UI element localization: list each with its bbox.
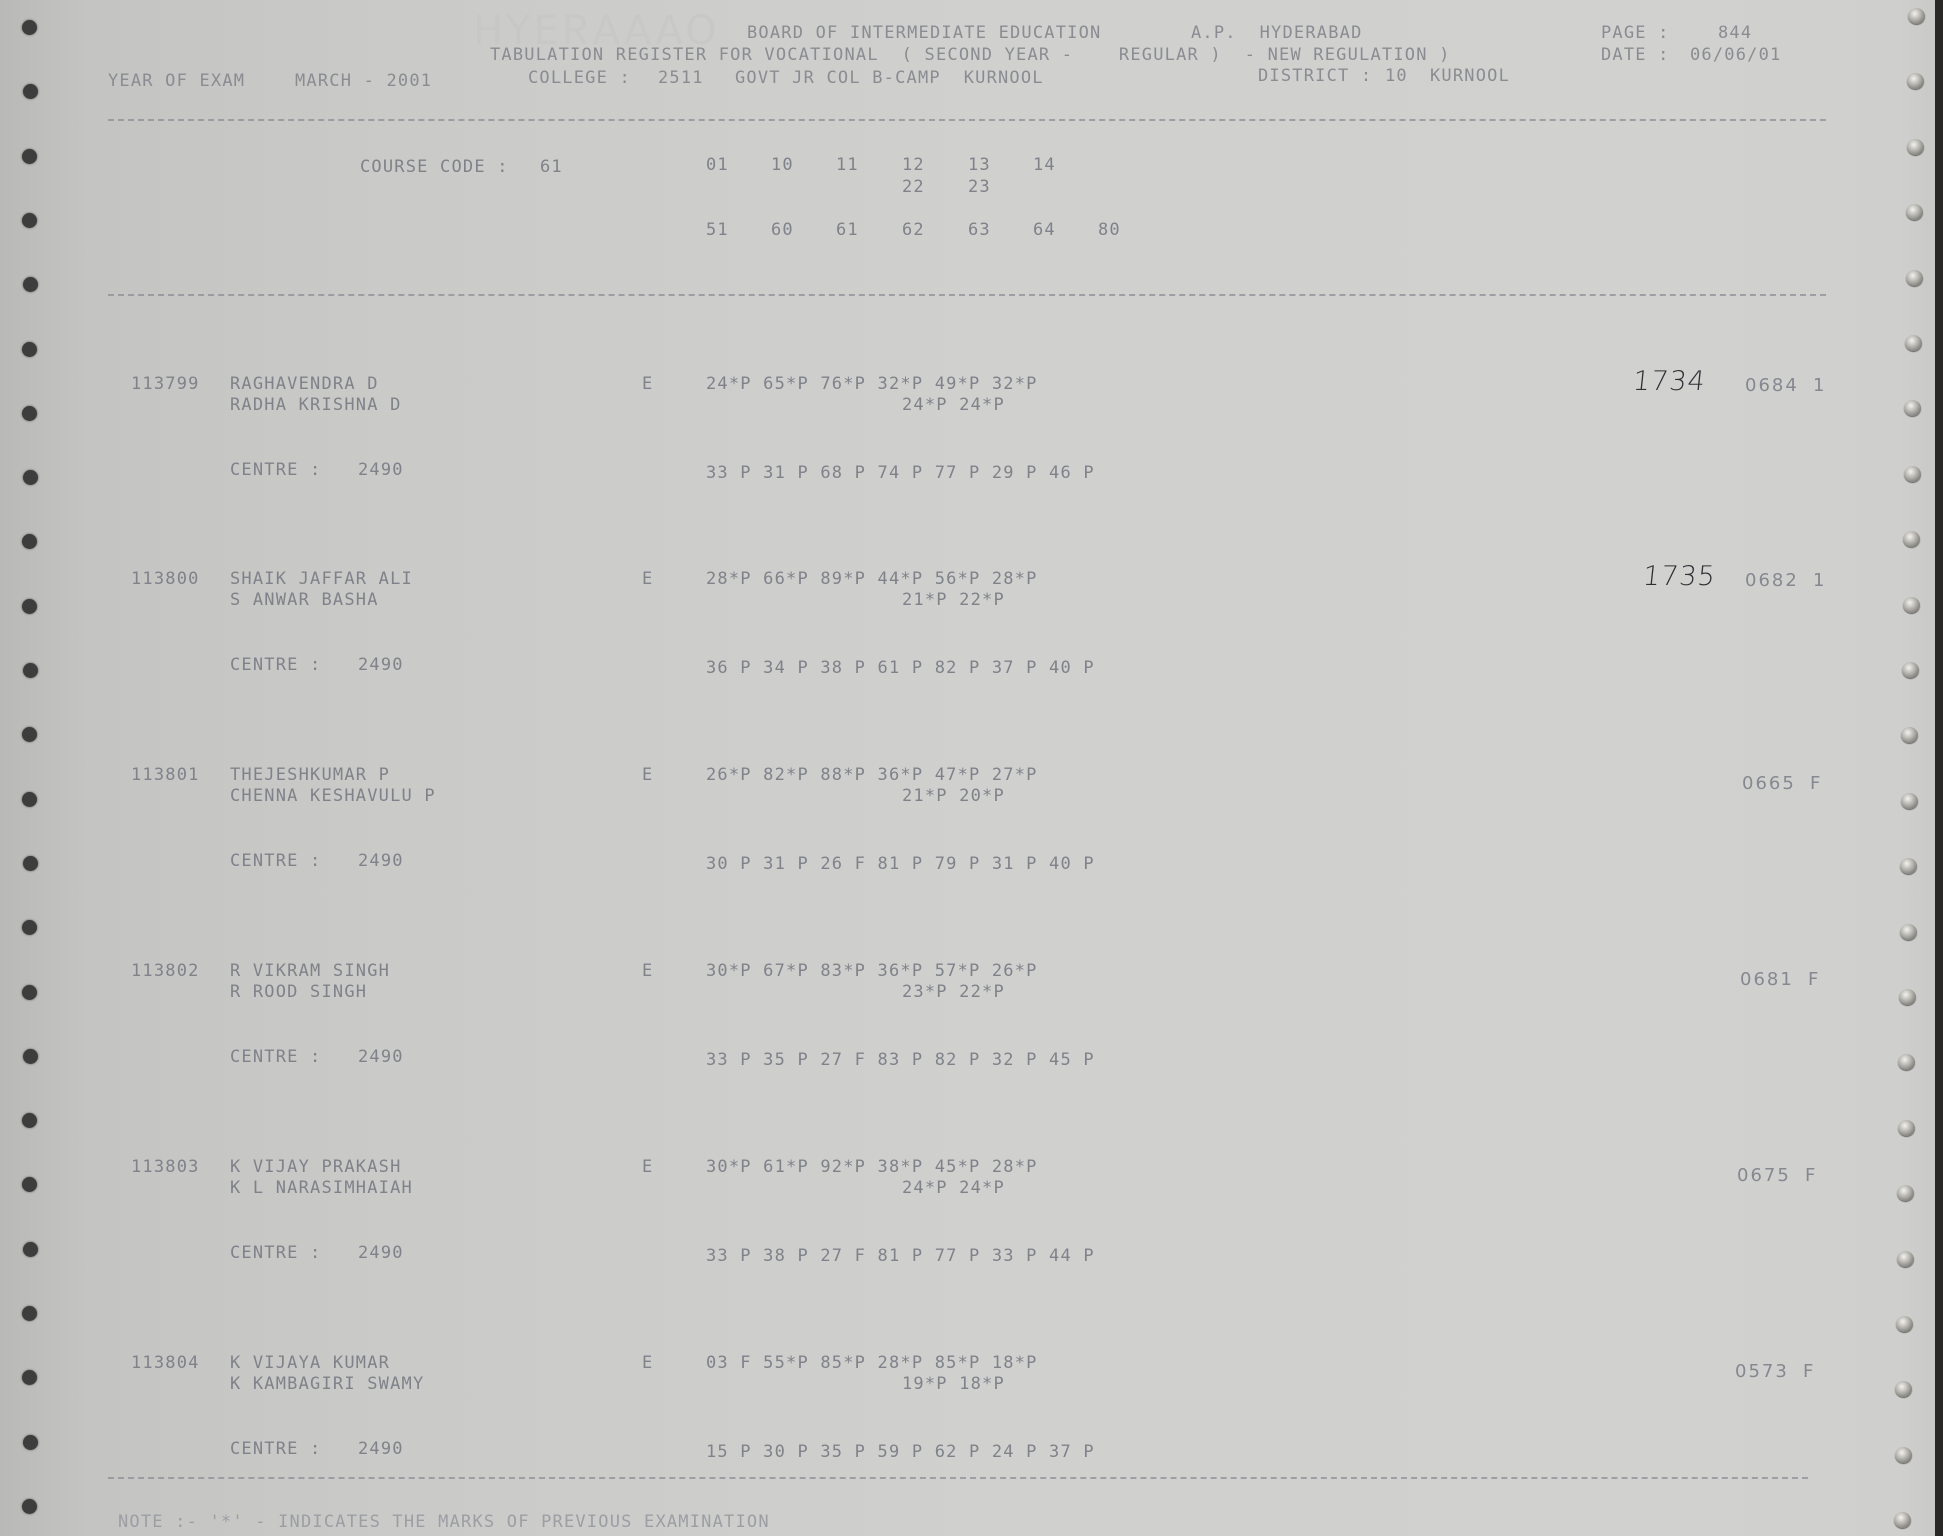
feed-hole [1901, 793, 1918, 809]
feed-hole [1897, 1251, 1914, 1267]
feed-hole [1902, 662, 1919, 678]
feed-hole [1906, 270, 1923, 286]
marks-row1-sub: 23*P 22*P [902, 982, 1005, 1002]
hall-ticket-number: 113801 [131, 765, 200, 785]
feed-hole [23, 84, 38, 99]
centre-code: 2490 [358, 460, 404, 480]
divider-header [108, 294, 1826, 296]
subject-code: 62 [902, 220, 925, 240]
hall-ticket-number: 113803 [131, 1157, 200, 1177]
feed-hole [1900, 924, 1917, 940]
student-name: SHAIK JAFFAR ALI [230, 569, 413, 589]
medium: E [642, 765, 653, 785]
marks-row1: 24*P 65*P 76*P 32*P 49*P 32*P [706, 374, 1038, 394]
student-name: R VIKRAM SINGH [230, 961, 390, 981]
handwritten-serial: 1734 [1631, 366, 1707, 397]
feed-hole [1898, 1054, 1915, 1070]
feed-hole [22, 1306, 37, 1321]
total-marks: 0682 [1745, 571, 1799, 591]
result-status: F [1803, 1362, 1815, 1382]
board-location: A.P. HYDERABAD [1191, 23, 1363, 43]
centre-code: 2490 [358, 1243, 404, 1263]
college-label: COLLEGE : [528, 68, 631, 88]
medium: E [642, 569, 653, 589]
feed-hole [1901, 727, 1918, 743]
feed-hole [1907, 73, 1924, 89]
total-marks: 0573 [1735, 1362, 1789, 1382]
feed-hole [1908, 8, 1925, 24]
footer-note: NOTE :- '*' - INDICATES THE MARKS OF PRE… [118, 1512, 770, 1532]
subject-code: 22 [902, 177, 925, 197]
father-name: S ANWAR BASHA [230, 590, 379, 610]
marks-row1-sub: 19*P 18*P [902, 1374, 1005, 1394]
feed-hole [1896, 1316, 1913, 1332]
course-code-label: COURSE CODE : [360, 157, 509, 177]
result-status: F [1810, 774, 1822, 794]
student-name: RAGHAVENDRA D [230, 374, 379, 394]
father-name: RADHA KRISHNA D [230, 395, 402, 415]
marks-row1: 28*P 66*P 89*P 44*P 56*P 28*P [706, 569, 1038, 589]
district-name: KURNOOL [1430, 66, 1510, 86]
centre-label: CENTRE : [230, 851, 321, 871]
feed-hole [1904, 466, 1921, 482]
father-name: CHENNA KESHAVULU P [230, 786, 436, 806]
divider-top [108, 119, 1826, 121]
feed-hole [1900, 858, 1917, 874]
handwritten-serial: 1735 [1641, 561, 1717, 592]
feed-hole [22, 599, 37, 614]
marks-row1: 30*P 61*P 92*P 38*P 45*P 28*P [706, 1157, 1038, 1177]
feed-hole [22, 727, 37, 742]
marks-row2: 33 P 38 P 27 F 81 P 77 P 33 P 44 P [706, 1246, 1095, 1266]
subject-code: 11 [836, 155, 859, 175]
feed-hole [1907, 139, 1924, 155]
centre-code: 2490 [358, 1439, 404, 1459]
feed-hole [22, 406, 37, 421]
feed-hole [23, 663, 38, 678]
feed-hole [1903, 531, 1920, 547]
total-marks: 0684 [1745, 376, 1799, 396]
right-paper-edge [1935, 0, 1943, 1536]
tabulation-register-sheet: OAAAЯƎYH BOARD OF INTERMEDIATE EDUCATION… [0, 0, 1943, 1536]
centre-label: CENTRE : [230, 1243, 321, 1263]
subject-code: 01 [706, 155, 729, 175]
centre-code: 2490 [358, 1047, 404, 1067]
marks-row1-sub: 21*P 22*P [902, 590, 1005, 610]
marks-row2: 36 P 34 P 38 P 61 P 82 P 37 P 40 P [706, 658, 1095, 678]
college-name: GOVT JR COL B-CAMP KURNOOL [735, 68, 1044, 88]
feed-hole [1904, 400, 1921, 416]
marks-row1-sub: 21*P 20*P [902, 786, 1005, 806]
feed-hole [1894, 1512, 1911, 1528]
feed-hole [23, 277, 38, 292]
medium: E [642, 1353, 653, 1373]
subject-code: 64 [1033, 220, 1056, 240]
subject-code: 12 [902, 155, 925, 175]
page-number: 844 [1718, 23, 1752, 43]
student-name: THEJESHKUMAR P [230, 765, 390, 785]
centre-code: 2490 [358, 851, 404, 871]
marks-row1: 30*P 67*P 83*P 36*P 57*P 26*P [706, 961, 1038, 981]
feed-hole [1895, 1381, 1912, 1397]
board-title: BOARD OF INTERMEDIATE EDUCATION [747, 23, 1101, 43]
divider-bottom [108, 1477, 1808, 1479]
result-status: F [1805, 1166, 1817, 1186]
marks-row1-sub: 24*P 24*P [902, 395, 1005, 415]
hall-ticket-number: 113804 [131, 1353, 200, 1373]
feed-hole [23, 1242, 38, 1257]
feed-hole [22, 342, 37, 357]
feed-hole [22, 920, 37, 935]
hall-ticket-number: 113800 [131, 569, 200, 589]
feed-hole [22, 1113, 37, 1128]
feed-hole [23, 1435, 38, 1450]
hall-ticket-number: 113802 [131, 961, 200, 981]
marks-row2: 33 P 35 P 27 F 83 P 82 P 32 P 45 P [706, 1050, 1095, 1070]
marks-row2: 33 P 31 P 68 P 74 P 77 P 29 P 46 P [706, 463, 1095, 483]
feed-hole [22, 1177, 37, 1192]
feed-hole [1895, 1447, 1912, 1463]
subject-code: 60 [771, 220, 794, 240]
subject-code: 51 [706, 220, 729, 240]
feed-hole [22, 1370, 37, 1385]
feed-hole [22, 1499, 37, 1514]
subject-code: 13 [968, 155, 991, 175]
feed-hole [1903, 597, 1920, 613]
marks-row1-sub: 24*P 24*P [902, 1178, 1005, 1198]
date-value: 06/06/01 [1690, 45, 1781, 65]
feed-hole [1899, 989, 1916, 1005]
date-label: DATE : [1601, 45, 1670, 65]
father-name: R ROOD SINGH [230, 982, 367, 1002]
total-marks: 0681 [1740, 970, 1794, 990]
subject-code: 63 [968, 220, 991, 240]
father-name: K L NARASIMHAIAH [230, 1178, 413, 1198]
district-code: 10 [1385, 66, 1408, 86]
subject-code: 61 [836, 220, 859, 240]
centre-label: CENTRE : [230, 1439, 321, 1459]
marks-row1: 03 F 55*P 85*P 28*P 85*P 18*P [706, 1353, 1038, 1373]
subject-code: 10 [771, 155, 794, 175]
marks-row2: 30 P 31 P 26 F 81 P 79 P 31 P 40 P [706, 854, 1095, 874]
feed-hole [1897, 1185, 1914, 1201]
student-name: K VIJAYA KUMAR [230, 1353, 390, 1373]
medium: E [642, 1157, 653, 1177]
page-label: PAGE : [1601, 23, 1670, 43]
result-status: F [1808, 970, 1820, 990]
total-marks: 0675 [1737, 1166, 1791, 1186]
course-code-value: 61 [540, 157, 563, 177]
feed-hole [22, 985, 37, 1000]
feed-hole [22, 534, 37, 549]
feed-hole [23, 1049, 38, 1064]
result-status: 1 [1813, 376, 1826, 396]
feed-hole [23, 470, 38, 485]
hall-ticket-number: 113799 [131, 374, 200, 394]
father-name: K KAMBAGIRI SWAMY [230, 1374, 424, 1394]
feed-hole [1906, 204, 1923, 220]
feed-hole [22, 213, 37, 228]
centre-label: CENTRE : [230, 460, 321, 480]
result-status: 1 [1813, 571, 1826, 591]
centre-label: CENTRE : [230, 655, 321, 675]
subject-code: 23 [968, 177, 991, 197]
feed-hole [23, 856, 38, 871]
subject-code: 80 [1098, 220, 1121, 240]
feed-hole [22, 20, 37, 35]
student-name: K VIJAY PRAKASH [230, 1157, 402, 1177]
total-marks: 0665 [1742, 774, 1796, 794]
centre-label: CENTRE : [230, 1047, 321, 1067]
subject-code: 14 [1033, 155, 1056, 175]
marks-row2: 15 P 30 P 35 P 59 P 62 P 24 P 37 P [706, 1442, 1095, 1462]
college-code: 2511 [658, 68, 704, 88]
year-of-exam-label: YEAR OF EXAM [108, 71, 245, 91]
medium: E [642, 374, 653, 394]
district-label: DISTRICT : [1258, 66, 1372, 86]
feed-hole [22, 149, 37, 164]
register-title: TABULATION REGISTER FOR VOCATIONAL ( SEC… [490, 45, 1451, 65]
medium: E [642, 961, 653, 981]
year-of-exam-value: MARCH - 2001 [295, 71, 432, 91]
marks-row1: 26*P 82*P 88*P 36*P 47*P 27*P [706, 765, 1038, 785]
feed-hole [22, 792, 37, 807]
centre-code: 2490 [358, 655, 404, 675]
feed-hole [1898, 1120, 1915, 1136]
feed-hole [1905, 335, 1922, 351]
